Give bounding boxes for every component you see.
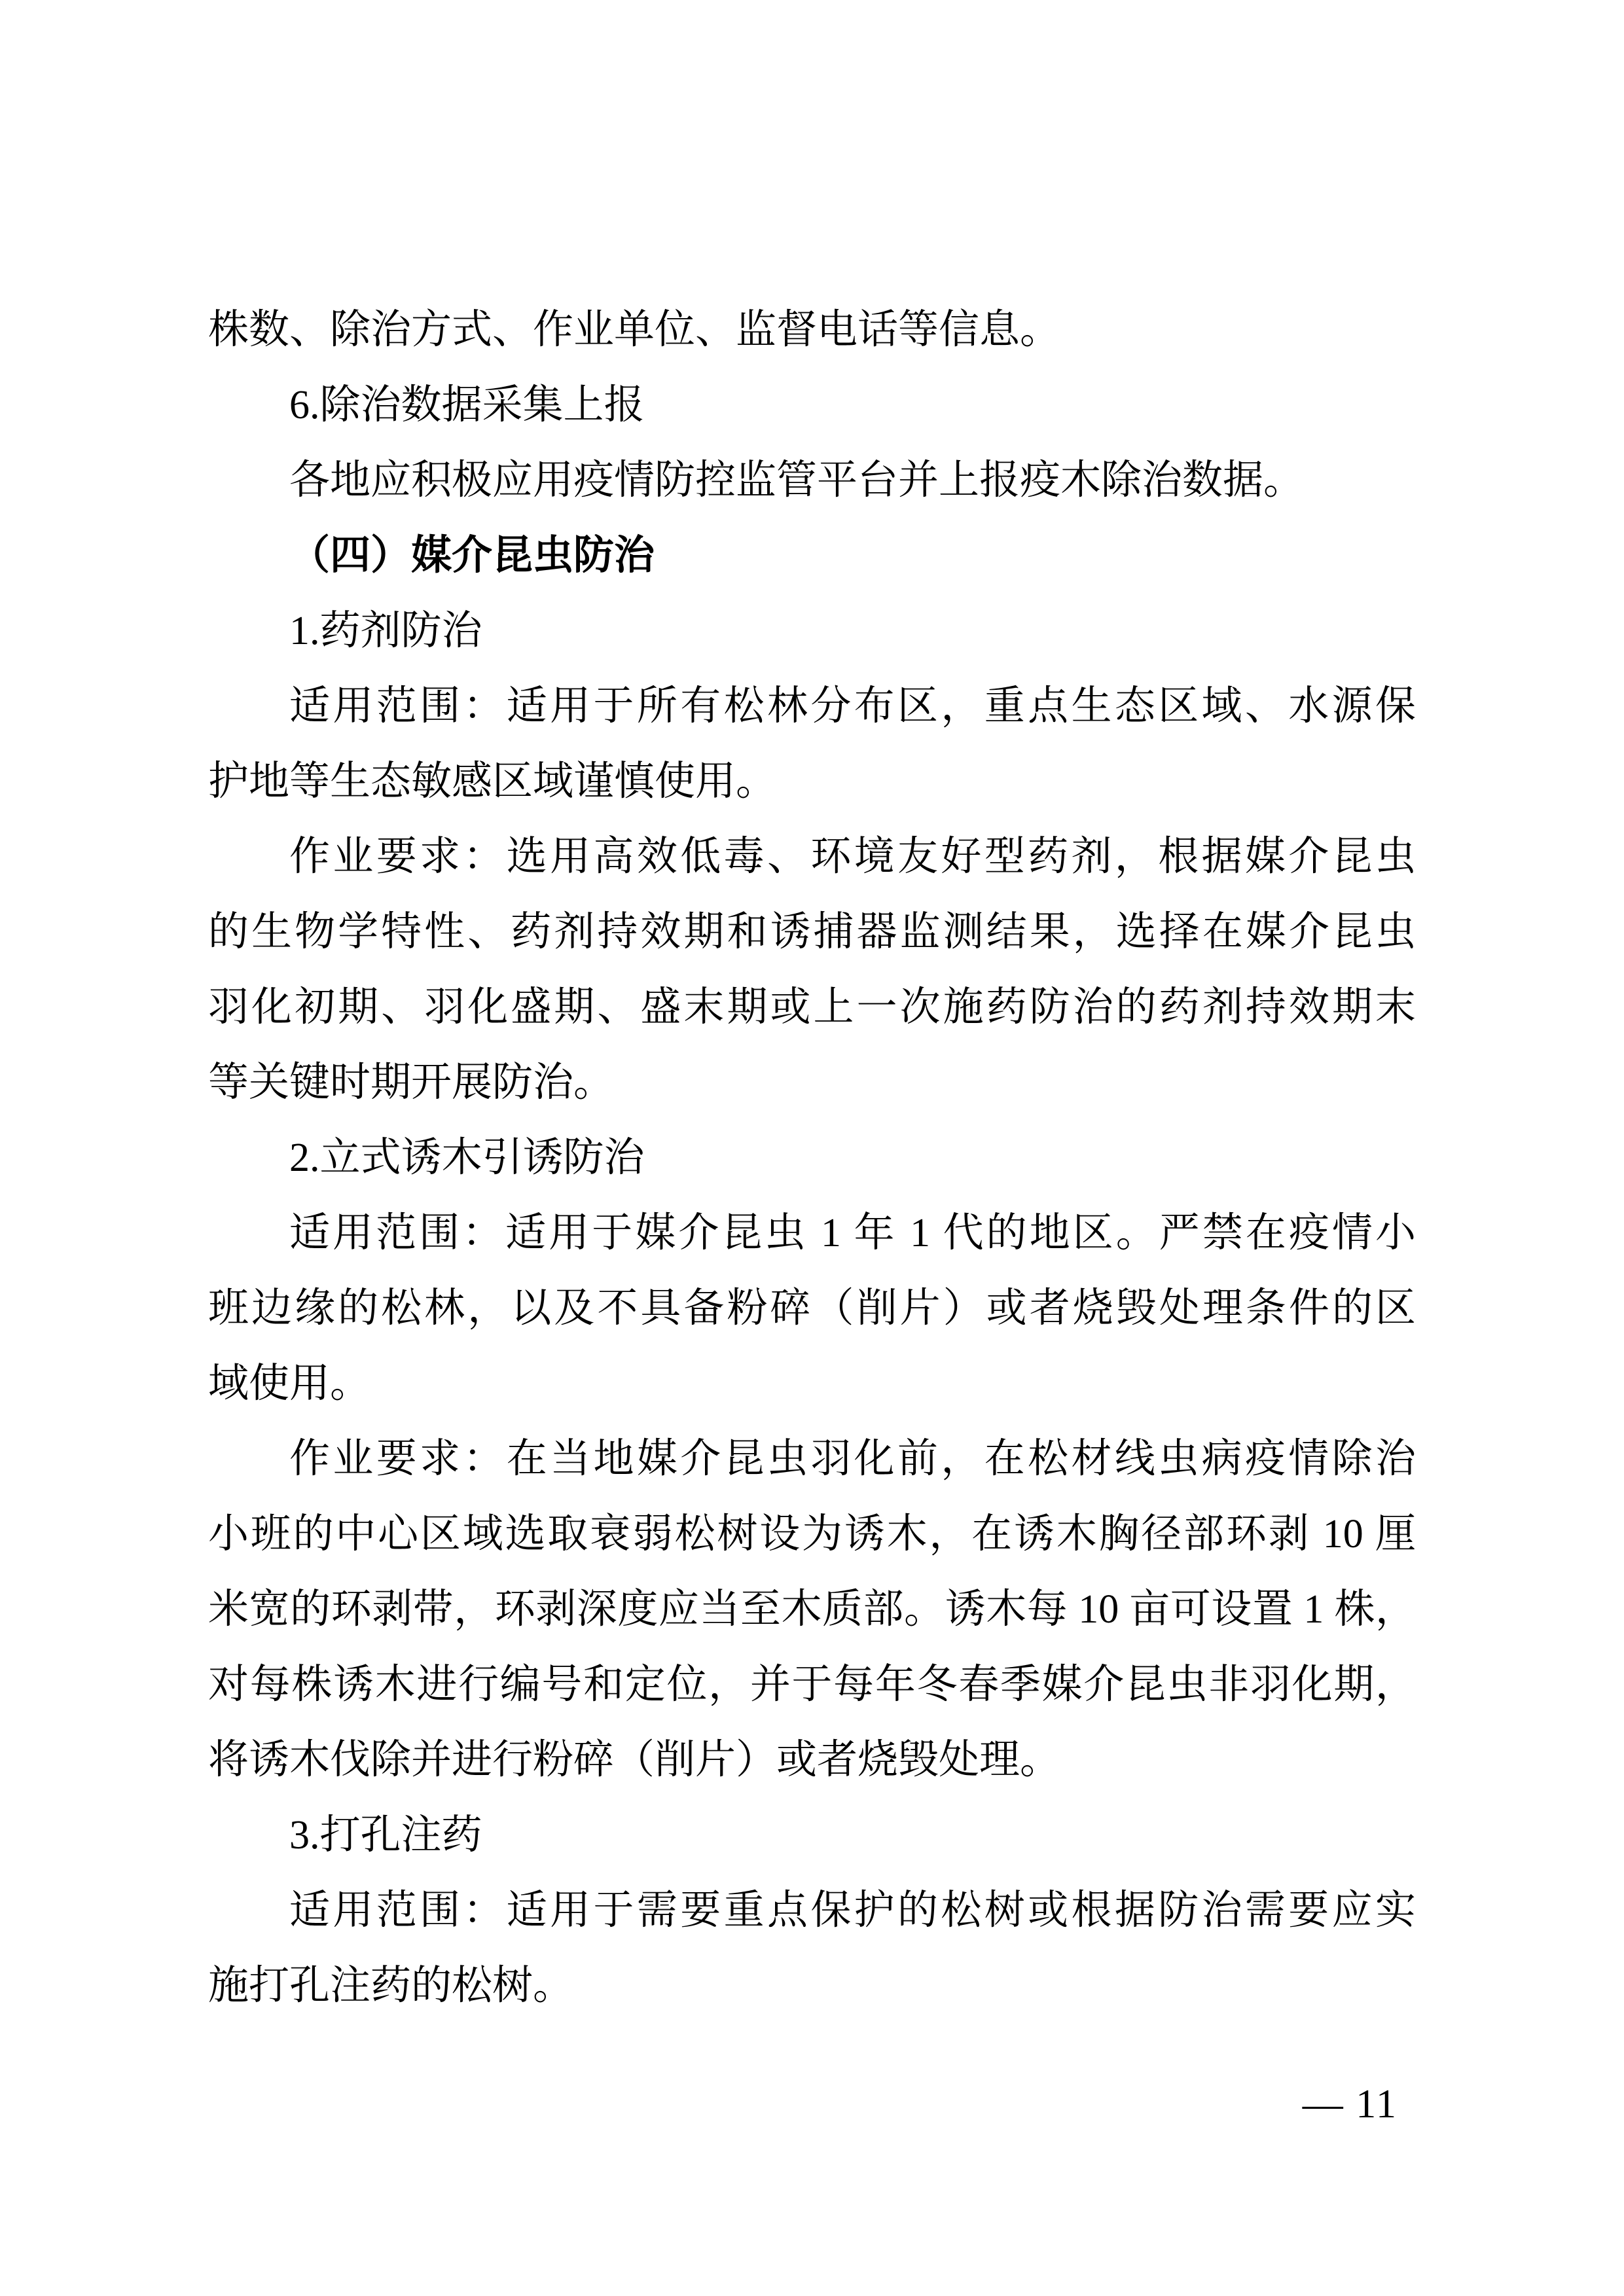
- text-line: 羽化初期、羽化盛期、盛末期或上一次施药防治的药剂持效期末: [208, 970, 1416, 1045]
- text-line: 作业要求：在当地媒介昆虫羽化前，在松材线虫病疫情除治: [208, 1422, 1416, 1497]
- document-body: 株数、除治方式、作业单位、监督电话等信息。 6.除治数据采集上报 各地应积极应用…: [208, 293, 1416, 2024]
- text-line: 适用范围：适用于媒介昆虫 1 年 1 代的地区。严禁在疫情小: [208, 1196, 1416, 1271]
- text-line: 作业要求：选用高效低毒、环境友好型药剂，根据媒介昆虫: [208, 819, 1416, 895]
- text-line: 等关键时期开展防治。: [208, 1045, 1416, 1121]
- text-line: 护地等生态敏感区域谨慎使用。: [208, 744, 1416, 819]
- text-line: 施打孔注药的松树。: [208, 1948, 1416, 2024]
- section-heading: （四）媒介昆虫防治: [208, 518, 1416, 594]
- text-line: 小班的中心区域选取衰弱松树设为诱木，在诱木胸径部环剥 10 厘: [208, 1497, 1416, 1572]
- text-line: 株数、除治方式、作业单位、监督电话等信息。: [208, 293, 1416, 368]
- page-number: — 11: [1303, 2081, 1398, 2127]
- text-line: 对每株诱木进行编号和定位，并于每年冬春季媒介昆虫非羽化期，: [208, 1647, 1416, 1723]
- text-line: 适用范围：适用于所有松林分布区，重点生态区域、水源保: [208, 669, 1416, 744]
- list-item-heading: 1.药剂防治: [208, 594, 1416, 669]
- text-line: 的生物学特性、药剂持效期和诱捕器监测结果，选择在媒介昆虫: [208, 895, 1416, 970]
- page-background: 株数、除治方式、作业单位、监督电话等信息。 6.除治数据采集上报 各地应积极应用…: [0, 0, 1624, 2296]
- text-line: 适用范围：适用于需要重点保护的松树或根据防治需要应实: [208, 1873, 1416, 1948]
- text-line: 将诱木伐除并进行粉碎（削片）或者烧毁处理。: [208, 1723, 1416, 1798]
- text-line: 各地应积极应用疫情防控监管平台并上报疫木除治数据。: [208, 443, 1416, 518]
- list-item-heading: 2.立式诱木引诱防治: [208, 1121, 1416, 1196]
- text-line: 班边缘的松林，以及不具备粉碎（削片）或者烧毁处理条件的区: [208, 1271, 1416, 1346]
- list-item-heading: 6.除治数据采集上报: [208, 368, 1416, 443]
- list-item-heading: 3.打孔注药: [208, 1798, 1416, 1873]
- document-page: { "colors": { "background": "#ffffff", "…: [0, 0, 1624, 2296]
- text-line: 域使用。: [208, 1346, 1416, 1422]
- text-line: 米宽的环剥带，环剥深度应当至木质部。诱木每 10 亩可设置 1 株，: [208, 1572, 1416, 1647]
